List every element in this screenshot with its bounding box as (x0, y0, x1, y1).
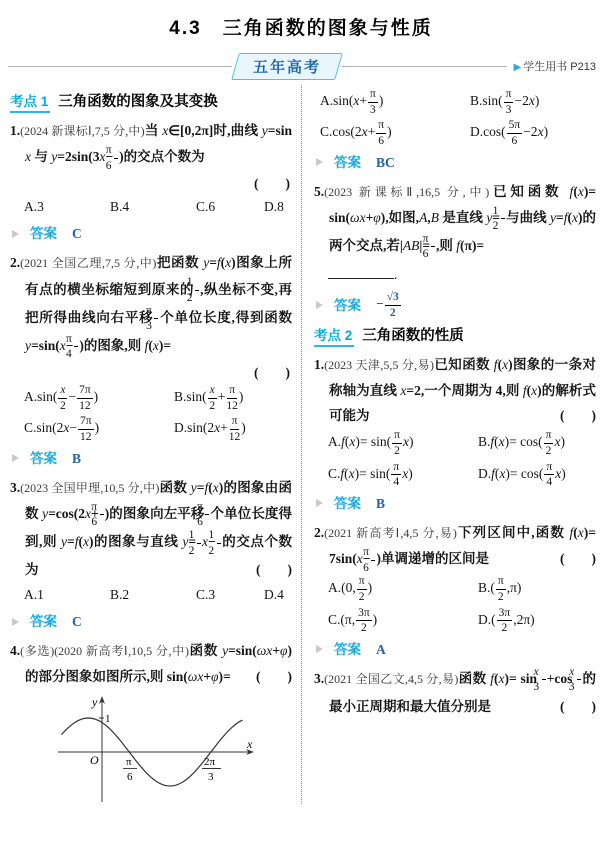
options: A.3 B.4 C.6 D.8 (10, 195, 292, 219)
answer-bracket: ( ) (575, 546, 596, 571)
problem-number: 5. (314, 184, 324, 199)
problem-5: 5.(2023 新课标Ⅱ,16,5 分,中)已知函数 f(x)= sin(ωx+… (314, 179, 596, 320)
x-axis-label: x (246, 737, 253, 751)
problem-1: 1.(2024 新课标Ⅰ,7,5 分,中)当 x∈[0,2π]时,曲线 y=si… (10, 118, 292, 245)
problem-k2-1: 1.(2023 天津,5,5 分,易)已知函数 f(x)图象的一条对称轴为直线 … (314, 352, 596, 515)
problem-2: 2.(2021 全国乙理,7,5 分,中)把函数 y=f(x)图象上所有点的横坐… (10, 250, 292, 469)
problem-statement: 4.(多选)(2020 新高考Ⅰ,10,5 分,中)函数 y=sin(ωx+φ)… (10, 638, 292, 689)
problem-number: 1. (10, 123, 20, 138)
options: A.sin(x2−7π12) B.sin(x2+π12) C.sin(2x−7π… (10, 384, 292, 444)
answer-value: −√32 (376, 291, 402, 319)
fraction: 7π12 (77, 415, 95, 443)
problem-4: 4.(多选)(2020 新高考Ⅰ,10,5 分,中)函数 y=sin(ωx+φ)… (10, 638, 292, 804)
problem-number: 1. (314, 357, 324, 372)
option-c: C.(π,3π2) (328, 607, 478, 635)
problem-source: (2021 全国乙理,7,5 分,中) (20, 256, 156, 270)
fraction: π6 (370, 546, 376, 574)
fraction: 12 (500, 205, 506, 233)
page-title: 4.3 三角函数的图象与性质 (0, 13, 602, 40)
answer-value: BC (376, 151, 395, 174)
option-c: C.cos(2x+π6) (320, 119, 470, 147)
answer-marker-icon (316, 645, 323, 653)
answer-marker-icon (316, 158, 323, 166)
option-d: D.8 (264, 195, 292, 219)
option-a: A.sin(x+π3) (320, 88, 470, 116)
option-b: B.4 (110, 195, 196, 219)
fraction: 12 (194, 276, 200, 304)
problem-source: (2024 新课标Ⅰ,7,5 分,中) (20, 124, 145, 138)
student-book-ref: ▶学生用书 P213 (514, 58, 596, 74)
answer-marker-icon (316, 499, 323, 507)
option-d: D.sin(2x+π12) (174, 415, 292, 443)
kaodian2-title: 三角函数的性质 (362, 324, 464, 345)
answer-marker-icon (12, 454, 19, 462)
problem-statement: 5.(2023 新课标Ⅱ,16,5 分,中)已知函数 f(x)= sin(ωx+… (314, 179, 596, 262)
kaodian1-heading: 考点 1 三角函数的图象及其变换 (10, 90, 292, 113)
problem-statement: 3.(2023 全国甲理,10,5 分,中)函数 y=f(x)的图象由函数 y=… (10, 475, 292, 583)
answer-bracket: ( ) (271, 664, 292, 689)
problem-statement: 1.(2024 新课标Ⅰ,7,5 分,中)当 x∈[0,2π]时,曲线 y=si… (10, 118, 292, 172)
answer-row: 答案 BC (314, 151, 596, 174)
problem-3: 3.(2023 全国甲理,10,5 分,中)函数 y=f(x)的图象由函数 y=… (10, 475, 292, 634)
max-label: 1 (105, 713, 111, 725)
tick2-denominator: 3 (208, 771, 214, 783)
problem-number: 3. (314, 671, 324, 686)
fraction: x3 (541, 666, 547, 694)
option-b: B.(π2,π) (478, 575, 596, 603)
fraction: x3 (576, 666, 582, 694)
fraction: π3 (503, 88, 515, 116)
fraction: π2 (495, 575, 507, 603)
fraction: π4 (390, 461, 402, 489)
answer-label: 答案 (334, 638, 361, 661)
answer-label: 答案 (30, 447, 57, 470)
option-d: D.cos(5π6−2x) (470, 119, 596, 147)
problem-number: 2. (10, 255, 20, 270)
problem-source: (2021 全国乙文,4,5 分,易) (324, 672, 458, 686)
problem-number: 2. (314, 525, 324, 540)
answer-row: 答案 B (314, 492, 596, 515)
answer-marker-icon (316, 301, 323, 309)
fraction: π2 (391, 429, 403, 457)
fraction: x2 (207, 384, 218, 412)
banner-rule-right (342, 66, 507, 67)
option-d: D.(3π2,2π) (478, 607, 596, 635)
fraction: π6 (204, 501, 210, 529)
problem-k2-2: 2.(2021 新高考Ⅰ,4,5 分,易)下列区间中,函数 f(x)= 7sin… (314, 520, 596, 661)
y-axis-label: y (91, 695, 98, 709)
fraction: π6 (99, 501, 105, 529)
answer-bracket: ( ) (575, 403, 596, 428)
right-column: A.sin(x+π3) B.sin(π3−2x) C.cos(2x+π6) D.… (301, 85, 602, 804)
answer-bracket: ( ) (575, 694, 596, 719)
option-b: B.f(x)= cos(π2x) (478, 429, 596, 457)
option-c: C.3 (196, 583, 264, 607)
arrow-icon: ▶ (514, 62, 522, 73)
option-a: A.1 (24, 583, 110, 607)
fraction: 7π12 (76, 384, 94, 412)
option-d: D.4 (264, 583, 292, 607)
blank-period: . (394, 267, 397, 282)
problem-source: (2023 全国甲理,10,5 分,中) (20, 481, 159, 495)
option-a: A.(0,π2) (328, 575, 478, 603)
left-column: 考点 1 三角函数的图象及其变换 1.(2024 新课标Ⅰ,7,5 分,中)当 … (0, 85, 301, 804)
kaodian2-heading: 考点 2 三角函数的性质 (314, 324, 596, 347)
answer-label: 答案 (30, 222, 57, 245)
answer-bracket: ( ) (10, 173, 292, 194)
answer-row: 答案 −√32 (314, 291, 596, 319)
problem-statement: 2.(2021 全国乙理,7,5 分,中)把函数 y=f(x)图象上所有点的横坐… (10, 250, 292, 361)
fraction: π12 (228, 415, 242, 443)
problem-source: (多选)(2020 新高考Ⅰ,10,5 分,中) (20, 644, 189, 658)
option-c: C.sin(2x−7π12) (24, 415, 174, 443)
five-year-gaokao-badge: 五年高考 (231, 53, 343, 80)
answer-row: 答案 B (10, 447, 292, 470)
option-d: D.f(x)= cos(π4x) (478, 461, 596, 489)
option-b: B.2 (110, 583, 196, 607)
fraction: π12 (225, 384, 239, 412)
tick1-numerator: π (126, 756, 132, 768)
problem-number: 4. (10, 643, 20, 658)
problem-source: (2021 新高考Ⅰ,4,5 分,易) (324, 526, 457, 540)
fraction: √32 (384, 291, 402, 319)
badge-label: 五年高考 (253, 56, 321, 77)
fraction: π6 (375, 119, 387, 147)
answer-value: B (72, 447, 81, 470)
answer-label: 答案 (334, 492, 361, 515)
fraction: 5π6 (506, 119, 524, 147)
origin-label: O (90, 753, 99, 767)
answer-bracket: ( ) (10, 362, 292, 383)
problem-4-options-continued: A.sin(x+π3) B.sin(π3−2x) C.cos(2x+π6) D.… (314, 88, 596, 174)
answer-bracket: ( ) (271, 557, 292, 582)
problem-statement: 1.(2023 天津,5,5 分,易)已知函数 f(x)图象的一条对称轴为直线 … (314, 352, 596, 428)
fraction: π2 (543, 429, 555, 457)
fraction: 3π2 (355, 607, 373, 635)
kaodian2-label: 考点 2 (314, 324, 354, 347)
kaodian1-title: 三角函数的图象及其变换 (58, 90, 218, 111)
blank-underline (328, 265, 394, 280)
fraction: π6 (430, 233, 436, 261)
answer-label: 答案 (334, 151, 361, 174)
fraction: π4 (73, 333, 79, 361)
problem-statement: 2.(2021 新高考Ⅰ,4,5 分,易)下列区间中,函数 f(x)= 7sin… (314, 520, 596, 574)
problem-source: (2023 天津,5,5 分,易) (324, 358, 434, 372)
student-book-text: 学生用书 P213 (523, 61, 596, 73)
section-banner: 五年高考 ▶学生用书 P213 (8, 51, 596, 81)
kaodian1-label: 考点 1 (10, 90, 50, 113)
fraction: π3 (367, 88, 379, 116)
options: A.sin(x+π3) B.sin(π3−2x) C.cos(2x+π6) D.… (314, 88, 596, 148)
options: A.f(x)= sin(π2x) B.f(x)= cos(π2x) C.f(x)… (314, 429, 596, 489)
option-a: A.sin(x2−7π12) (24, 384, 174, 412)
answer-row: 答案 A (314, 638, 596, 661)
banner-rule-left (8, 66, 232, 67)
two-column-layout: 考点 1 三角函数的图象及其变换 1.(2024 新课标Ⅰ,7,5 分,中)当 … (0, 85, 602, 804)
options: A.(0,π2) B.(π2,π) C.(π,3π2) D.(3π2,2π) (314, 575, 596, 635)
fraction: π3 (153, 305, 159, 333)
problem-source: (2023 新课标Ⅱ,16,5 分,中) (324, 185, 489, 199)
problem-k2-3: 3.(2021 全国乙文,4,5 分,易)函数 f(x)= sin x3+cos… (314, 666, 596, 719)
answer-label: 答案 (30, 610, 57, 633)
fraction: π4 (543, 461, 555, 489)
problem4-figure: y x O 1 π 6 2π 3 (10, 692, 292, 804)
option-a: A.3 (24, 195, 110, 219)
answer-marker-icon (12, 618, 19, 626)
fraction: 12 (216, 529, 222, 557)
option-b: B.sin(π3−2x) (470, 88, 596, 116)
option-b: B.sin(x2+π12) (174, 384, 292, 412)
fraction: 3π2 (496, 607, 514, 635)
answer-value: A (376, 638, 386, 661)
tick1-denominator: 6 (127, 771, 133, 783)
problem-number: 3. (10, 480, 20, 495)
answer-label: 答案 (334, 294, 361, 317)
option-c: C.6 (196, 195, 264, 219)
options: A.1 B.2 C.3 D.4 (10, 583, 292, 607)
fill-blank-line: . (314, 262, 596, 288)
answer-row: 答案 C (10, 610, 292, 633)
answer-value: B (376, 492, 385, 515)
problem-statement: 3.(2021 全国乙文,4,5 分,易)函数 f(x)= sin x3+cos… (314, 666, 596, 719)
fraction: π6 (113, 144, 119, 172)
option-c: C.f(x)= sin(π4x) (328, 461, 478, 489)
answer-value: C (72, 610, 82, 633)
tick2-numerator: 2π (204, 756, 216, 768)
sine-graph: y x O 1 π 6 2π 3 (44, 692, 259, 804)
fraction: x2 (57, 384, 68, 412)
answer-value: C (72, 222, 82, 245)
answer-row: 答案 C (10, 222, 292, 245)
fraction: π2 (356, 575, 368, 603)
answer-marker-icon (12, 230, 19, 238)
textbook-page: 4.3 三角函数的图象与性质 五年高考 ▶学生用书 P213 考点 1 三角函数… (0, 0, 602, 853)
option-a: A.f(x)= sin(π2x) (328, 429, 478, 457)
